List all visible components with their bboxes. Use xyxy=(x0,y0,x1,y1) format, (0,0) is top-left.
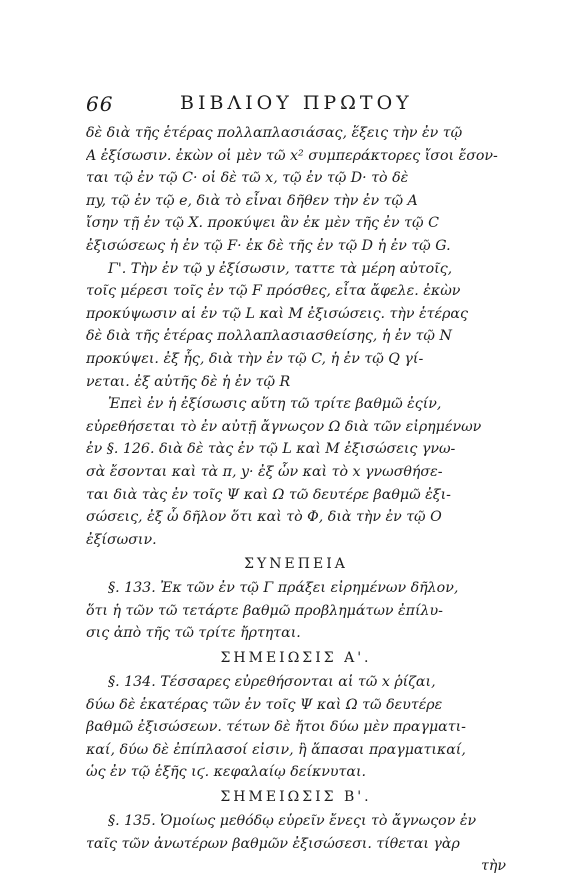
text-line: πy, τῷ ἐν τῷ e, διὰ τὸ εἶναι δῆθεν τὴν ἐ… xyxy=(86,190,506,213)
text-line: σις ἀπὸ τῆς τῶ τρίτε ἤρτηται. xyxy=(86,622,506,645)
text-line: σὰ ἔσονται καὶ τὰ π, y· ἐξ ὧν καὶ τὸ x γ… xyxy=(86,461,506,484)
text-line: ται τῷ ἐν τῷ C· οἱ δὲ τῶ x, τῷ ἐν τῷ D· … xyxy=(86,167,506,190)
text-line: δύω δὲ ἑκατέρας τῶν ἐν τοῖς Ψ καὶ Ω τῶ δ… xyxy=(86,694,506,717)
text-line: βαθμῶ ἐξισώσεων. τέτων δὲ ἤτοι δύω μὲν π… xyxy=(86,716,506,739)
text-line: ὅτι ἡ τῶν τῶ τετάρτε βαθμῶ προβλημάτων ἐ… xyxy=(86,600,506,623)
text-line: ται διὰ τὰς ἐν τοῖς Ψ καὶ Ω τῶ δευτέρε β… xyxy=(86,484,506,507)
book-page: 66 ΒΙΒΛΙΟΥ ΠΡΩΤΟΥ δὲ διὰ τῆς ἑτέρας πολλ… xyxy=(0,0,567,877)
text-line: τοῖς μέρεσι τοῖς ἐν τῷ F πρόσθες, εἶτα ἄ… xyxy=(86,280,506,303)
text-line: δὲ διὰ τῆς ἑτέρας πολλαπλασιάσας, ἕξεις … xyxy=(86,122,506,145)
text-line: ἐν §. 126. διὰ δὲ τὰς ἐν τῷ L καὶ M ἐξισ… xyxy=(86,438,506,461)
catchword: τὴν xyxy=(86,855,506,877)
text-line: δὲ διὰ τῆς ἑτέρας πολλαπλασιασθείσης, ἡ … xyxy=(86,325,506,348)
text-line: νεται. ἐξ αὐτῆς δὲ ἡ ἐν τῷ R xyxy=(86,371,506,394)
text-line: ἐξίσωσιν. xyxy=(86,529,506,552)
text-line: καί, δύω δὲ ἐπίπλασοί εἰσιν, ἢ ἅπασαι πρ… xyxy=(86,739,506,762)
text-line: προκύψωσιν αἱ ἐν τῷ L καὶ M ἐξισώσεις. τ… xyxy=(86,303,506,326)
paragraph-start-line: Ἐπεὶ ἐν ἡ ἐξίσωσις αὕτη τῶ τρίτε βαθμῶ ἐ… xyxy=(86,393,506,416)
text-line: εὐρεθήσεται τὸ ἐν αὐτῇ ἄγνωςον Ω διὰ τῶν… xyxy=(86,416,506,439)
running-head: ΒΙΒΛΙΟΥ ΠΡΩΤΟΥ xyxy=(180,92,480,114)
text-line: ταῖς τῶν ἀνωτέρων βαθμῶν ἐξισώσεσι. τίθε… xyxy=(86,833,506,856)
text-line: προκύψει. ἐξ ἧς, διὰ τὴν ἐν τῷ C, ἡ ἐν τ… xyxy=(86,348,506,371)
text-line: ἐξισώσεως ἡ ἐν τῷ F· ἐκ δὲ τῆς ἐν τῷ D ἡ… xyxy=(86,235,506,258)
section-heading: ΣΗΜΕΙΩΣΙΣ Β'. xyxy=(86,784,506,810)
text-line: ὡς ἐν τῷ ἑξῆς ιϛ. κεφαλαίῳ δείκνυται. xyxy=(86,761,506,784)
text-line: σώσεις, ἐξ ὧ δῆλον ὅτι καὶ τὸ Φ, διὰ τὴν… xyxy=(86,506,506,529)
paragraph-start-line: §. 134. Τέσσαρες εὐρεθήσονται αἱ τῶ x ῥί… xyxy=(86,671,506,694)
page-number: 66 xyxy=(86,92,113,116)
paragraph-start-line: §. 135. Ὁμοίως μεθόδῳ εὑρεῖν ἔνεςι τὸ ἄγ… xyxy=(86,810,506,833)
text-line: ἴσην τῇ ἐν τῷ X. προκύψει ἂν ἐκ μὲν τῆς … xyxy=(86,212,506,235)
section-heading: ΣΗΜΕΙΩΣΙΣ Α'. xyxy=(86,645,506,671)
paragraph-start-line: §. 133. Ἐκ τῶν ἐν τῷ Γ πράξει εἰρημένων … xyxy=(86,577,506,600)
paragraph-start-line: Γ'. Τὴν ἐν τῷ y ἐξίσωσιν, ταττε τὰ μέρη … xyxy=(86,258,506,281)
text-line: A ἐξίσωσιν. ἐκὼν οἱ μὲν τῶ x² συμπεράκτο… xyxy=(86,145,506,168)
body-text: δὲ διὰ τῆς ἑτέρας πολλαπλασιάσας, ἕξεις … xyxy=(86,122,506,877)
section-heading: ΣΥΝΕΠΕΙΑ xyxy=(86,551,506,577)
